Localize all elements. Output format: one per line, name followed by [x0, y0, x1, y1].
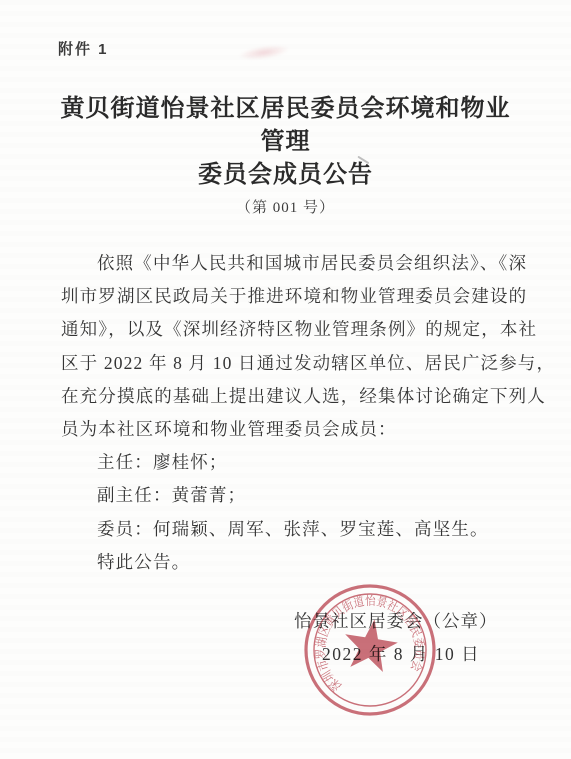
attachment-label: 附件 1: [58, 38, 109, 59]
body-line: 通知》，以及《深圳经济特区物业管理条例》的规定，本社: [61, 313, 513, 346]
document-title-line2: 管理: [0, 126, 571, 159]
star-icon: [340, 615, 400, 673]
body-line: 员为本社区环境和物业管理委员会成员：: [61, 413, 513, 446]
body-line-closing: 特此公告。: [61, 546, 513, 579]
body-line-director: 主任：廖桂怀；: [61, 446, 513, 479]
body-line: 区于 2022 年 8 月 10 日通过发动辖区单位、居民广泛参与，: [61, 347, 513, 380]
document-title-line3: 委员会成员公告: [0, 159, 571, 192]
body-line: 依照《中华人民共和国城市居民委员会组织法》、《深: [61, 247, 513, 280]
body-line: 在充分摸底的基础上提出建议人选，经集体讨论确定下列人: [61, 380, 513, 413]
body-line-members: 委员：何瑞颖、周军、张萍、罗宝莲、高坚生。: [61, 513, 513, 546]
body-line-deputy-director: 副主任：黄蕾菁；: [61, 479, 513, 512]
scan-smudge-artifact: [237, 42, 290, 62]
body-line: 圳市罗湖区民政局关于推进环境和物业管理委员会建设的: [61, 280, 513, 313]
document-title: 黄贝街道怡景社区居民委员会环境和物业 管理 委员会成员公告: [0, 93, 571, 192]
document-number: （第 001 号）: [0, 196, 571, 217]
document-title-line1: 黄贝街道怡景社区居民委员会环境和物业: [0, 93, 571, 126]
scanned-document-page: 附件 1 黄贝街道怡景社区居民委员会环境和物业 管理 委员会成员公告 （第 00…: [0, 0, 571, 759]
official-red-seal: 深圳市罗湖区黄贝街道怡景社区居民委员会: [299, 579, 441, 721]
document-body: 依照《中华人民共和国城市居民委员会组织法》、《深 圳市罗湖区民政局关于推进环境和…: [61, 247, 513, 579]
